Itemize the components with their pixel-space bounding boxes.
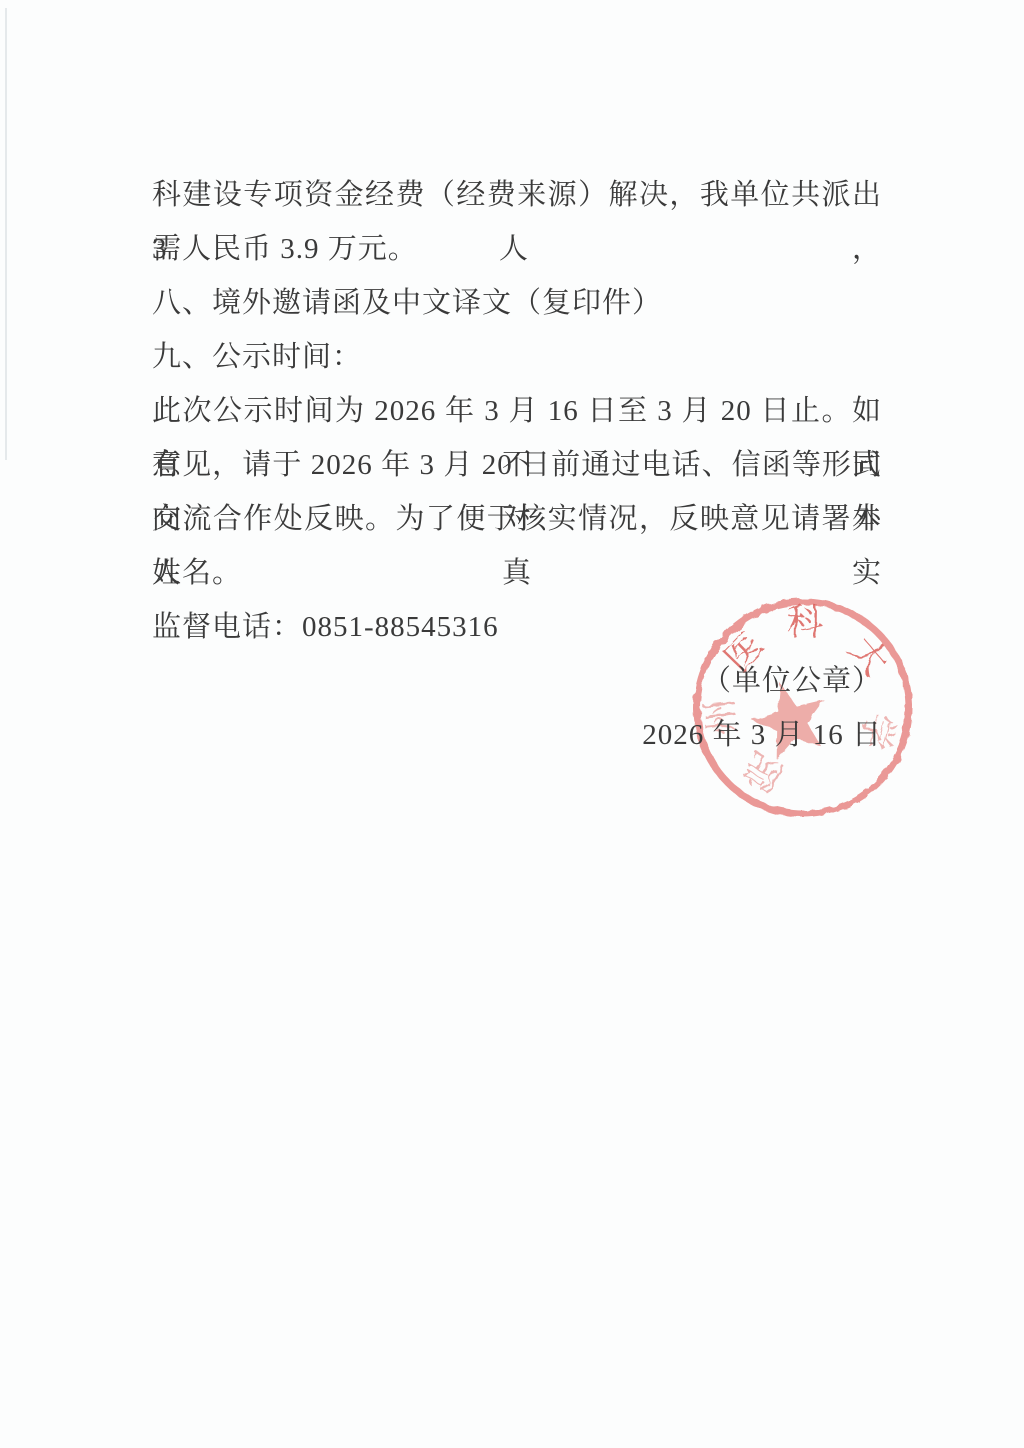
body-line-4-item-9: 九、公示时间： [152,330,882,384]
body-line-5: 此次公示时间为 2026 年 3 月 16 日至 3 月 20 日止。如有不同 [152,384,882,438]
document-page: 州 医 科 大 学 院 科建设专项资金经费（经费来源）解决，我单位共派出 3 人… [0,0,1024,1448]
body-line-7: 交流合作处反映。为了便于核实情况，反映意见请署本人真实 [152,492,882,546]
seal-caption: （单位公章） [152,654,882,708]
signature-date: 2026 年 3 月 16 日 [152,708,882,762]
document-body: 科建设专项资金经费（经费来源）解决，我单位共派出 3 人， 需人民币 3.9 万… [152,168,882,762]
body-line-1: 科建设专项资金经费（经费来源）解决，我单位共派出 3 人， [152,168,882,222]
scan-edge-artifact [5,8,7,460]
supervision-phone-line: 监督电话：0851-88545316 [152,600,882,654]
body-line-6: 意见，请于 2026 年 3 月 20 日前通过电话、信函等形式向对外 [152,438,882,492]
body-line-3-item-8: 八、境外邀请函及中文译文（复印件） [152,276,882,330]
